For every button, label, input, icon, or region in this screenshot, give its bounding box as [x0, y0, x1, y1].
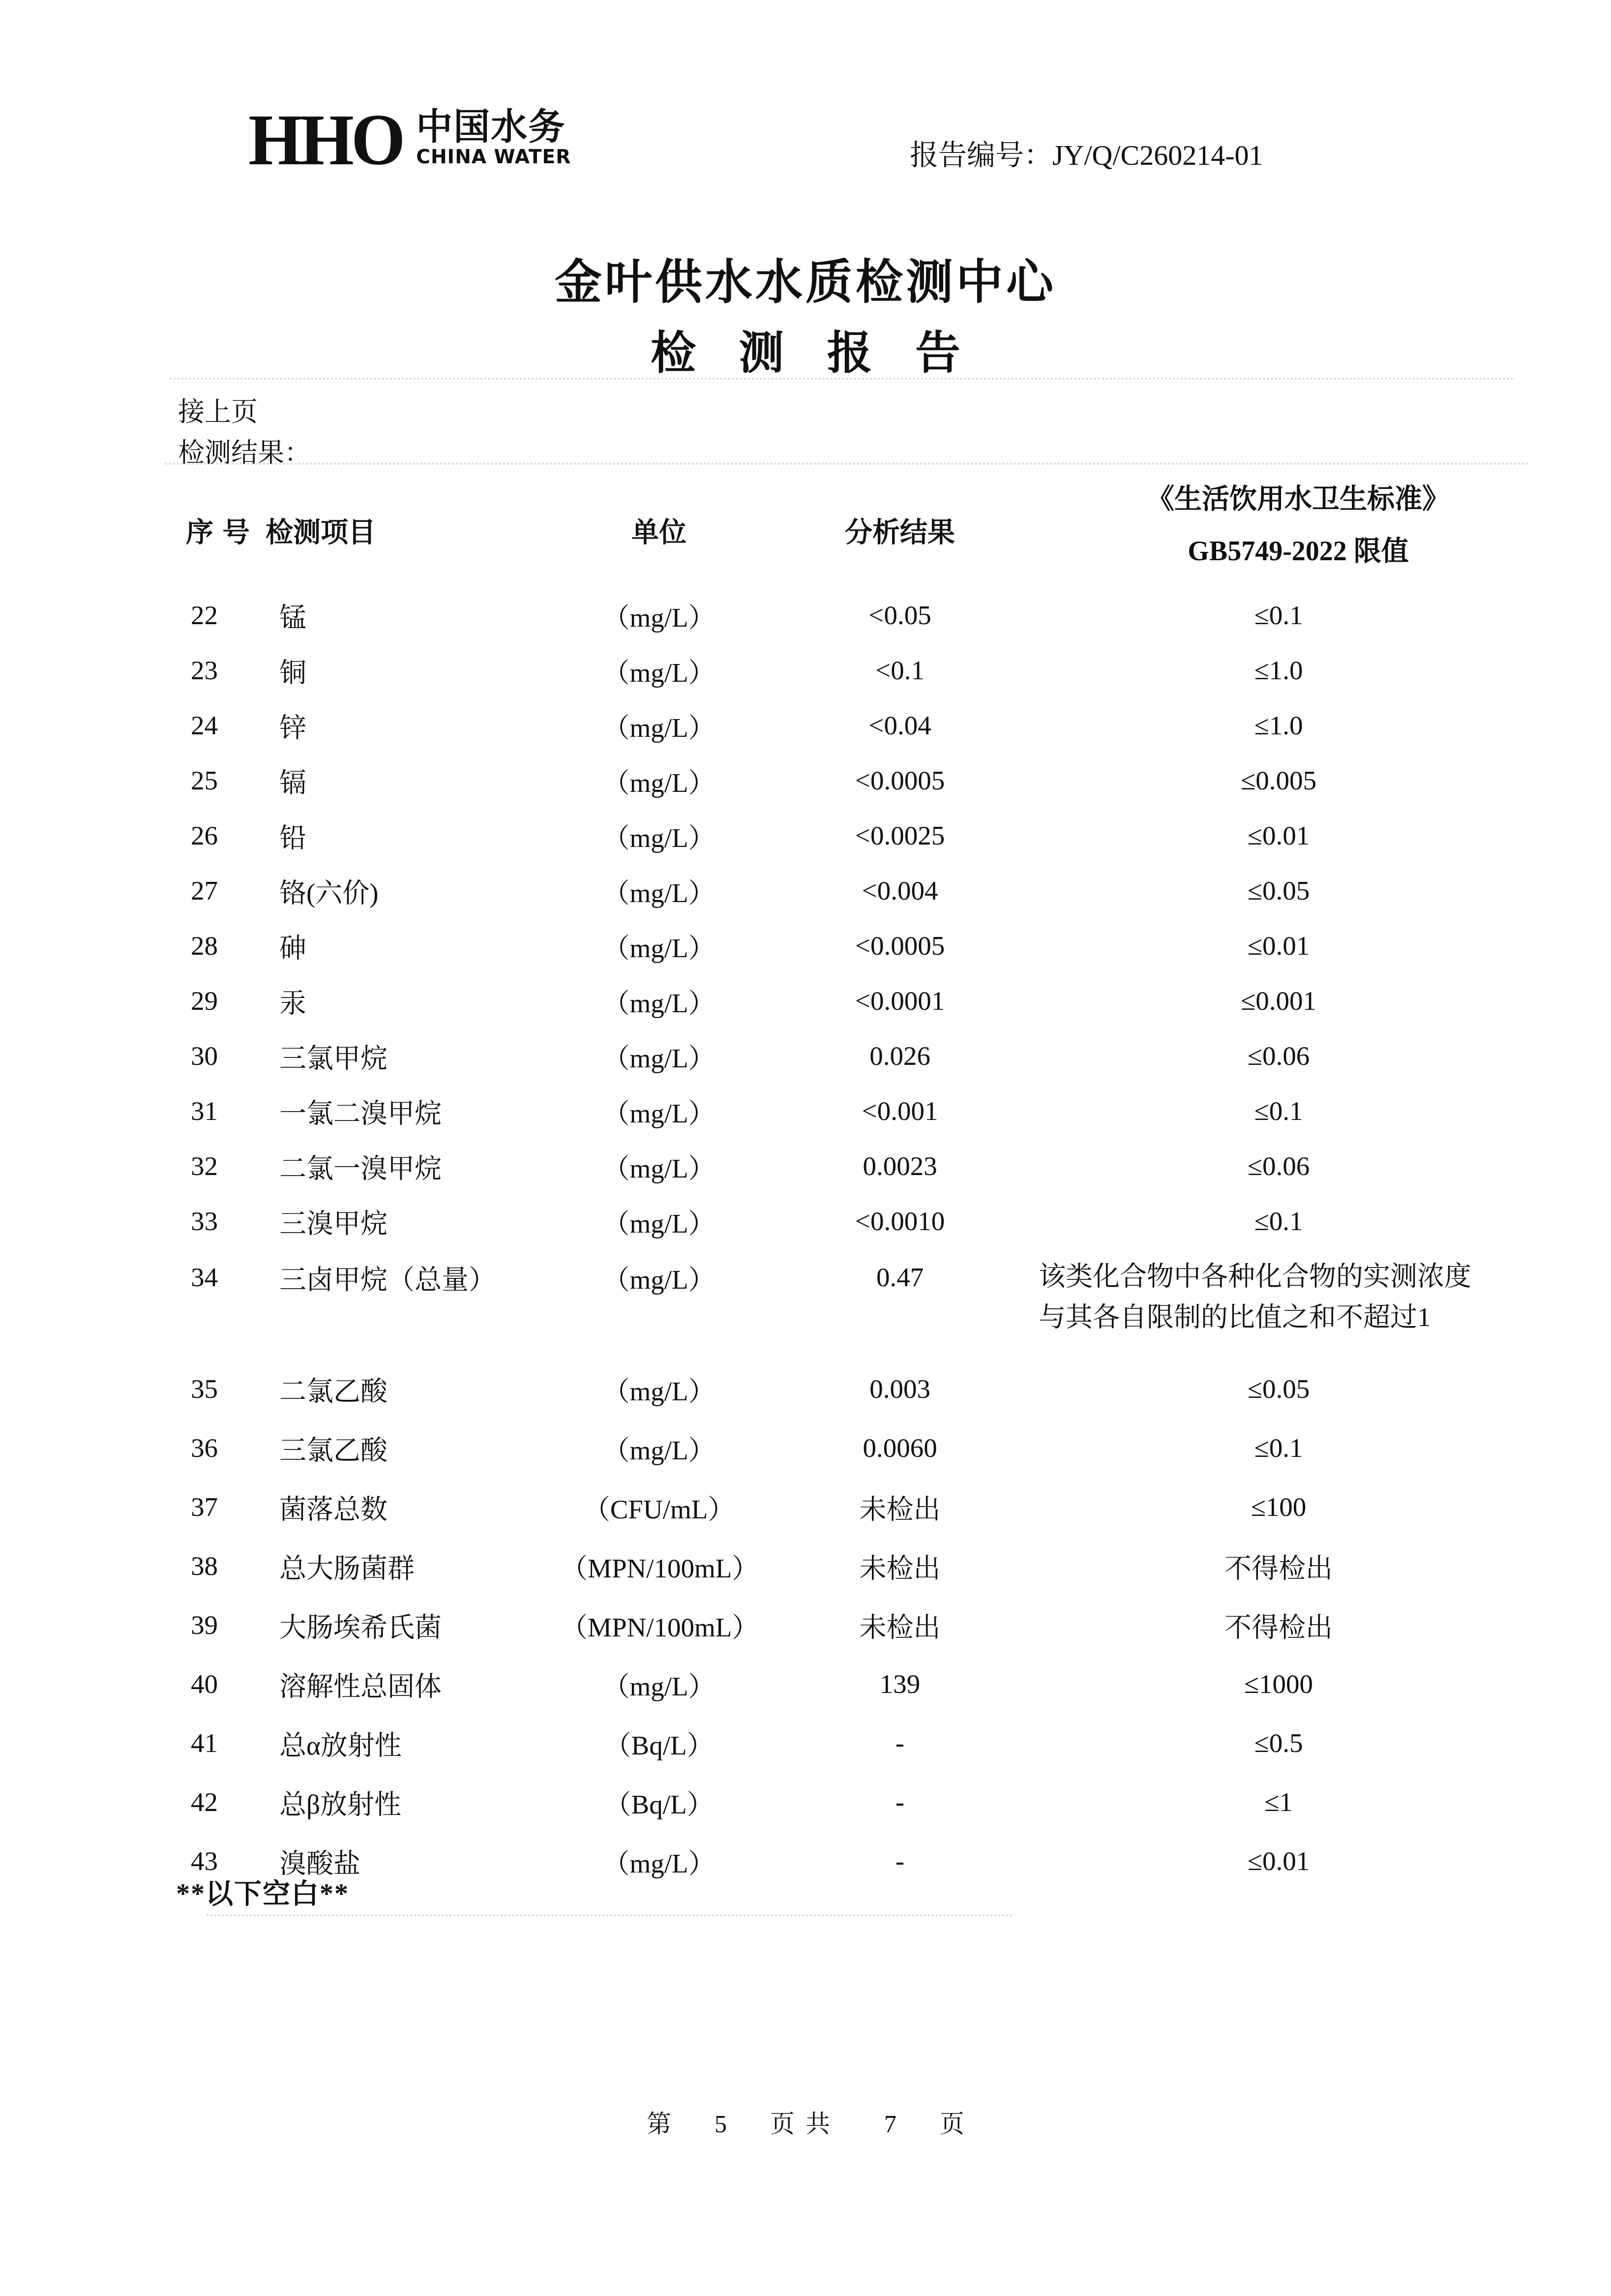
row-result-cell: 未检出: [772, 1487, 1028, 1526]
row-unit-cell: （mg/L）: [561, 1369, 757, 1408]
row-standard-cell: ≤0.1: [1052, 1432, 1505, 1463]
footer-suffix: 页: [940, 2110, 964, 2138]
row-result-cell: 0.0023: [772, 1150, 1028, 1181]
row-result-cell: -: [772, 1727, 1028, 1758]
table-row: 31 一氯二溴甲烷 （mg/L） <0.001 ≤0.1: [0, 1083, 1611, 1138]
table-row: 36 三氯乙酸 （mg/L） 0.0060 ≤0.1: [0, 1418, 1611, 1477]
report-number-value: JY/Q/C260214-01: [1052, 139, 1263, 171]
row-standard-cell: ≤0.06: [1052, 1150, 1505, 1181]
page-footer: 第5页共7页: [0, 2104, 1611, 2140]
row-unit-cell: （mg/L）: [561, 596, 757, 634]
row-result-cell: <0.04: [772, 710, 1028, 741]
continued-from-previous-page-label: 接上页: [178, 391, 258, 429]
row-result-cell: -: [772, 1845, 1028, 1876]
table-row: 34 三卤甲烷（总量） （mg/L） 0.47 该类化合物中各种化合物的实测浓度…: [0, 1248, 1611, 1359]
row-item-cell: 三氯乙酸: [279, 1428, 388, 1467]
row-unit-cell: （Bq/L）: [561, 1782, 757, 1821]
table-row: 22 锰 （mg/L） <0.05 ≤0.1: [0, 587, 1611, 642]
row-result-cell: <0.0001: [772, 985, 1028, 1016]
table-row: 28 砷 （mg/L） <0.0005 ≤0.01: [0, 918, 1611, 973]
logo-company-name-cn: 中国水务: [416, 107, 571, 147]
row-unit-cell: （mg/L）: [561, 981, 757, 1020]
column-header-standard: 《生活饮用水卫生标准》 GB5749-2022 限值: [1052, 473, 1544, 577]
row-standard-cell: ≤0.01: [1052, 930, 1505, 961]
row-unit-cell: （MPN/100mL）: [561, 1546, 757, 1585]
row-item-cell: 二氯乙酸: [279, 1369, 388, 1408]
row-standard-cell: 该类化合物中各种化合物的实测浓度 与其各自限制的比值之和不超过1: [1039, 1256, 1560, 1337]
row-no-cell: 35: [191, 1373, 218, 1404]
row-unit-cell: （MPN/100mL）: [561, 1605, 757, 1644]
row-result-cell: <0.0025: [772, 820, 1028, 851]
row-no-cell: 32: [191, 1150, 218, 1181]
row-standard-cell: ≤0.5: [1052, 1727, 1505, 1758]
row-result-cell: 0.026: [772, 1040, 1028, 1071]
row-standard-cell: ≤0.005: [1052, 765, 1505, 796]
row-item-cell: 总α放射性: [279, 1723, 402, 1762]
column-header-unit: 单位: [561, 511, 757, 550]
row-no-cell: 24: [191, 710, 218, 741]
row-standard-cell: ≤0.1: [1052, 1206, 1505, 1237]
row-item-cell: 砷: [279, 926, 306, 965]
row-unit-cell: （Bq/L）: [561, 1723, 757, 1762]
row-standard-cell: ≤0.1: [1052, 600, 1505, 631]
row-item-cell: 三溴甲烷: [279, 1202, 388, 1240]
row-no-cell: 39: [191, 1609, 218, 1640]
table-row: 24 锌 （mg/L） <0.04 ≤1.0: [0, 697, 1611, 753]
company-logo: HHO 中国水务 CHINA WATER: [248, 107, 571, 170]
row-unit-cell: （mg/L）: [561, 1091, 757, 1130]
column-header-result: 分析结果: [777, 511, 1023, 550]
row-no-cell: 22: [191, 600, 218, 631]
row-unit-cell: （mg/L）: [561, 1202, 757, 1240]
row-result-cell: <0.05: [772, 600, 1028, 631]
row-no-cell: 29: [191, 985, 218, 1016]
row-unit-cell: （mg/L）: [561, 1036, 757, 1075]
row-item-cell: 镉: [279, 761, 306, 800]
row-no-cell: 30: [191, 1040, 218, 1071]
row-unit-cell: （mg/L）: [561, 1258, 757, 1297]
row-standard-cell: ≤1000: [1052, 1668, 1505, 1699]
row-result-cell: <0.0005: [772, 930, 1028, 961]
column-header-standard-line1: 《生活饮用水卫生标准》: [1052, 473, 1544, 525]
row-item-cell: 总β放射性: [279, 1782, 401, 1821]
row-unit-cell: （mg/L）: [561, 1842, 757, 1880]
row-no-cell: 37: [191, 1491, 218, 1522]
row-result-cell: 139: [772, 1668, 1028, 1699]
row-no-cell: 40: [191, 1668, 218, 1699]
scan-artifact-line: [165, 463, 1529, 465]
logo-abbr: HHO: [248, 107, 402, 173]
row-no-cell: 25: [191, 765, 218, 796]
logo-company-name-en: CHINA WATER: [416, 147, 571, 168]
row-item-cell: 三卤甲烷（总量）: [279, 1258, 496, 1297]
scan-artifact-line: [207, 1914, 1013, 1916]
row-result-cell: 0.47: [772, 1262, 1028, 1293]
row-result-cell: 未检出: [772, 1546, 1028, 1585]
row-standard-cell: 不得检出: [1052, 1605, 1505, 1644]
table-row: 30 三氯甲烷 （mg/L） 0.026 ≤0.06: [0, 1028, 1611, 1083]
row-no-cell: 23: [191, 655, 218, 686]
row-no-cell: 28: [191, 930, 218, 961]
row-standard-cell: ≤0.1: [1052, 1095, 1505, 1126]
row-unit-cell: （mg/L）: [561, 651, 757, 690]
table-row: 25 镉 （mg/L） <0.0005 ≤0.005: [0, 753, 1611, 808]
table-row: 39 大肠埃希氏菌 （MPN/100mL） 未检出 不得检出: [0, 1595, 1611, 1654]
footer-middle: 页共: [770, 2110, 841, 2138]
table-row: 38 总大肠菌群 （MPN/100mL） 未检出 不得检出: [0, 1536, 1611, 1595]
row-standard-cell: 不得检出: [1052, 1546, 1505, 1585]
row-item-cell: 铅: [279, 816, 306, 855]
row-unit-cell: （mg/L）: [561, 816, 757, 855]
table-row: 23 铜 （mg/L） <0.1 ≤1.0: [0, 642, 1611, 697]
row-item-cell: 大肠埃希氏菌: [279, 1605, 442, 1644]
table-row: 32 二氯一溴甲烷 （mg/L） 0.0023 ≤0.06: [0, 1138, 1611, 1193]
scan-artifact-line: [170, 378, 1515, 380]
row-unit-cell: （mg/L）: [561, 1147, 757, 1185]
footer-prefix: 第: [647, 2110, 671, 2138]
row-item-cell: 溶解性总固体: [279, 1664, 442, 1703]
report-number-label: 报告编号：: [910, 139, 1052, 171]
table-row: 26 铅 （mg/L） <0.0025 ≤0.01: [0, 808, 1611, 863]
row-unit-cell: （mg/L）: [561, 926, 757, 965]
row-no-cell: 42: [191, 1786, 218, 1817]
row-unit-cell: （CFU/mL）: [561, 1487, 757, 1526]
row-unit-cell: （mg/L）: [561, 1428, 757, 1467]
report-number: 报告编号：JY/Q/C260214-01: [910, 132, 1263, 173]
row-result-cell: 未检出: [772, 1605, 1028, 1644]
row-result-cell: 0.0060: [772, 1432, 1028, 1463]
table-row: 37 菌落总数 （CFU/mL） 未检出 ≤100: [0, 1477, 1611, 1536]
row-standard-cell: ≤1.0: [1052, 655, 1505, 686]
row-result-cell: <0.004: [772, 875, 1028, 906]
table-row: 42 总β放射性 （Bq/L） - ≤1: [0, 1772, 1611, 1831]
footer-page-number: 5: [715, 2110, 727, 2138]
row-no-cell: 41: [191, 1727, 218, 1758]
row-item-cell: 锰: [279, 596, 306, 634]
column-header-item: 检测项目: [266, 511, 376, 550]
row-item-cell: 二氯一溴甲烷: [279, 1147, 442, 1185]
row-unit-cell: （mg/L）: [561, 1664, 757, 1703]
table-row: 40 溶解性总固体 （mg/L） 139 ≤1000: [0, 1654, 1611, 1713]
row-unit-cell: （mg/L）: [561, 761, 757, 800]
row-standard-cell: ≤0.01: [1052, 1845, 1505, 1876]
row-standard-cell: ≤0.01: [1052, 820, 1505, 851]
row-result-cell: <0.1: [772, 655, 1028, 686]
row-no-cell: 33: [191, 1206, 218, 1237]
row-item-cell: 汞: [279, 981, 306, 1020]
row-unit-cell: （mg/L）: [561, 871, 757, 910]
row-item-cell: 锌: [279, 706, 306, 745]
row-no-cell: 36: [191, 1432, 218, 1463]
row-item-cell: 铜: [279, 651, 306, 690]
row-item-cell: 菌落总数: [279, 1487, 388, 1526]
logo-text-block: 中国水务 CHINA WATER: [416, 107, 571, 168]
row-result-cell: 0.003: [772, 1373, 1028, 1404]
row-item-cell: 三氯甲烷: [279, 1036, 388, 1075]
table-row: 27 铬(六价) （mg/L） <0.004 ≤0.05: [0, 863, 1611, 918]
table-body: 22 锰 （mg/L） <0.05 ≤0.1 23 铜 （mg/L） <0.1 …: [0, 587, 1611, 1890]
table-row: 35 二氯乙酸 （mg/L） 0.003 ≤0.05: [0, 1359, 1611, 1418]
row-standard-cell: ≤0.001: [1052, 985, 1505, 1016]
table-row: 41 总α放射性 （Bq/L） - ≤0.5: [0, 1713, 1611, 1772]
blank-below-marker: **以下空白**: [176, 1872, 349, 1911]
row-standard-cell: ≤0.06: [1052, 1040, 1505, 1071]
report-page: HHO 中国水务 CHINA WATER 报告编号：JY/Q/C260214-0…: [0, 0, 1611, 2296]
column-header-no: 序号: [186, 511, 259, 550]
row-standard-cell: ≤1: [1052, 1786, 1505, 1817]
row-no-cell: 27: [191, 875, 218, 906]
results-section-label: 检测结果：: [178, 432, 311, 470]
page-title: 金叶供水水质检测中心: [0, 244, 1611, 312]
row-no-cell: 34: [191, 1262, 218, 1293]
row-item-cell: 铬(六价): [279, 871, 379, 910]
row-unit-cell: （mg/L）: [561, 706, 757, 745]
row-standard-cell: ≤0.05: [1052, 1373, 1505, 1404]
table-row: 33 三溴甲烷 （mg/L） <0.0010 ≤0.1: [0, 1193, 1611, 1248]
row-item-cell: 总大肠菌群: [279, 1546, 415, 1585]
row-result-cell: <0.0010: [772, 1206, 1028, 1237]
row-no-cell: 31: [191, 1095, 218, 1126]
column-header-standard-line2: GB5749-2022 限值: [1052, 525, 1544, 577]
page-subtitle: 检测报告: [0, 317, 1611, 382]
row-standard-cell: ≤1.0: [1052, 710, 1505, 741]
row-item-cell: 一氯二溴甲烷: [279, 1091, 442, 1130]
table-row: 29 汞 （mg/L） <0.0001 ≤0.001: [0, 973, 1611, 1028]
row-no-cell: 38: [191, 1550, 218, 1581]
row-result-cell: <0.0005: [772, 765, 1028, 796]
row-result-cell: <0.001: [772, 1095, 1028, 1126]
row-result-cell: -: [772, 1786, 1028, 1817]
row-standard-cell: ≤0.05: [1052, 875, 1505, 906]
row-no-cell: 26: [191, 820, 218, 851]
footer-total-pages: 7: [884, 2110, 896, 2138]
row-standard-cell: ≤100: [1052, 1491, 1505, 1522]
